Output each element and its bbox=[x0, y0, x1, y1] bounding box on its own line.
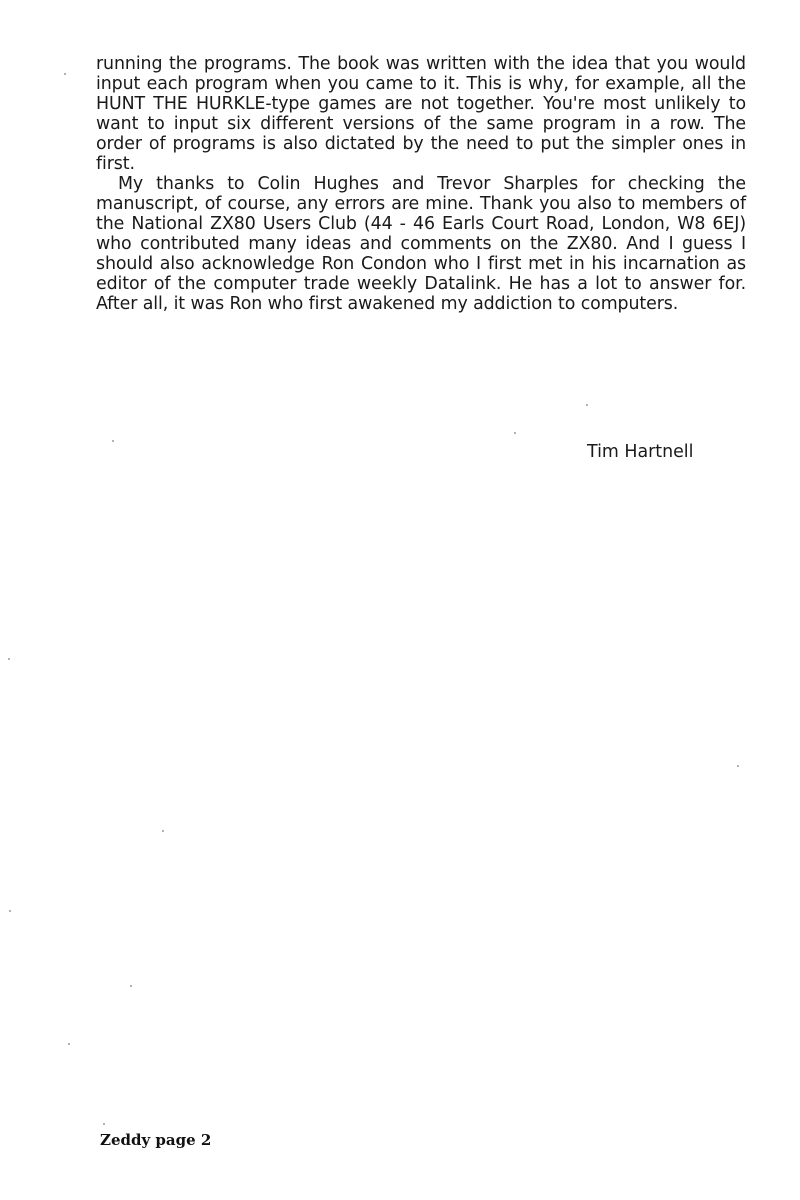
author-signature: Tim Hartnell bbox=[587, 442, 693, 462]
scan-speck bbox=[9, 910, 11, 912]
scan-speck bbox=[737, 765, 739, 767]
scan-speck bbox=[586, 404, 588, 406]
scan-speck bbox=[514, 432, 516, 434]
page-footer: Zeddy page 2 bbox=[100, 1131, 211, 1149]
paragraph-1: running the programs. The book was writt… bbox=[96, 54, 746, 174]
document-page: running the programs. The book was writt… bbox=[0, 0, 800, 1200]
scan-speck bbox=[8, 658, 10, 660]
scan-speck bbox=[103, 1123, 105, 1125]
scan-speck bbox=[130, 985, 132, 987]
scan-speck bbox=[162, 830, 164, 832]
scan-speck bbox=[68, 1043, 70, 1045]
scan-speck bbox=[64, 73, 66, 75]
paragraph-2: My thanks to Colin Hughes and Trevor Sha… bbox=[96, 174, 746, 314]
scan-speck bbox=[112, 440, 114, 442]
body-text: running the programs. The book was writt… bbox=[96, 54, 746, 314]
